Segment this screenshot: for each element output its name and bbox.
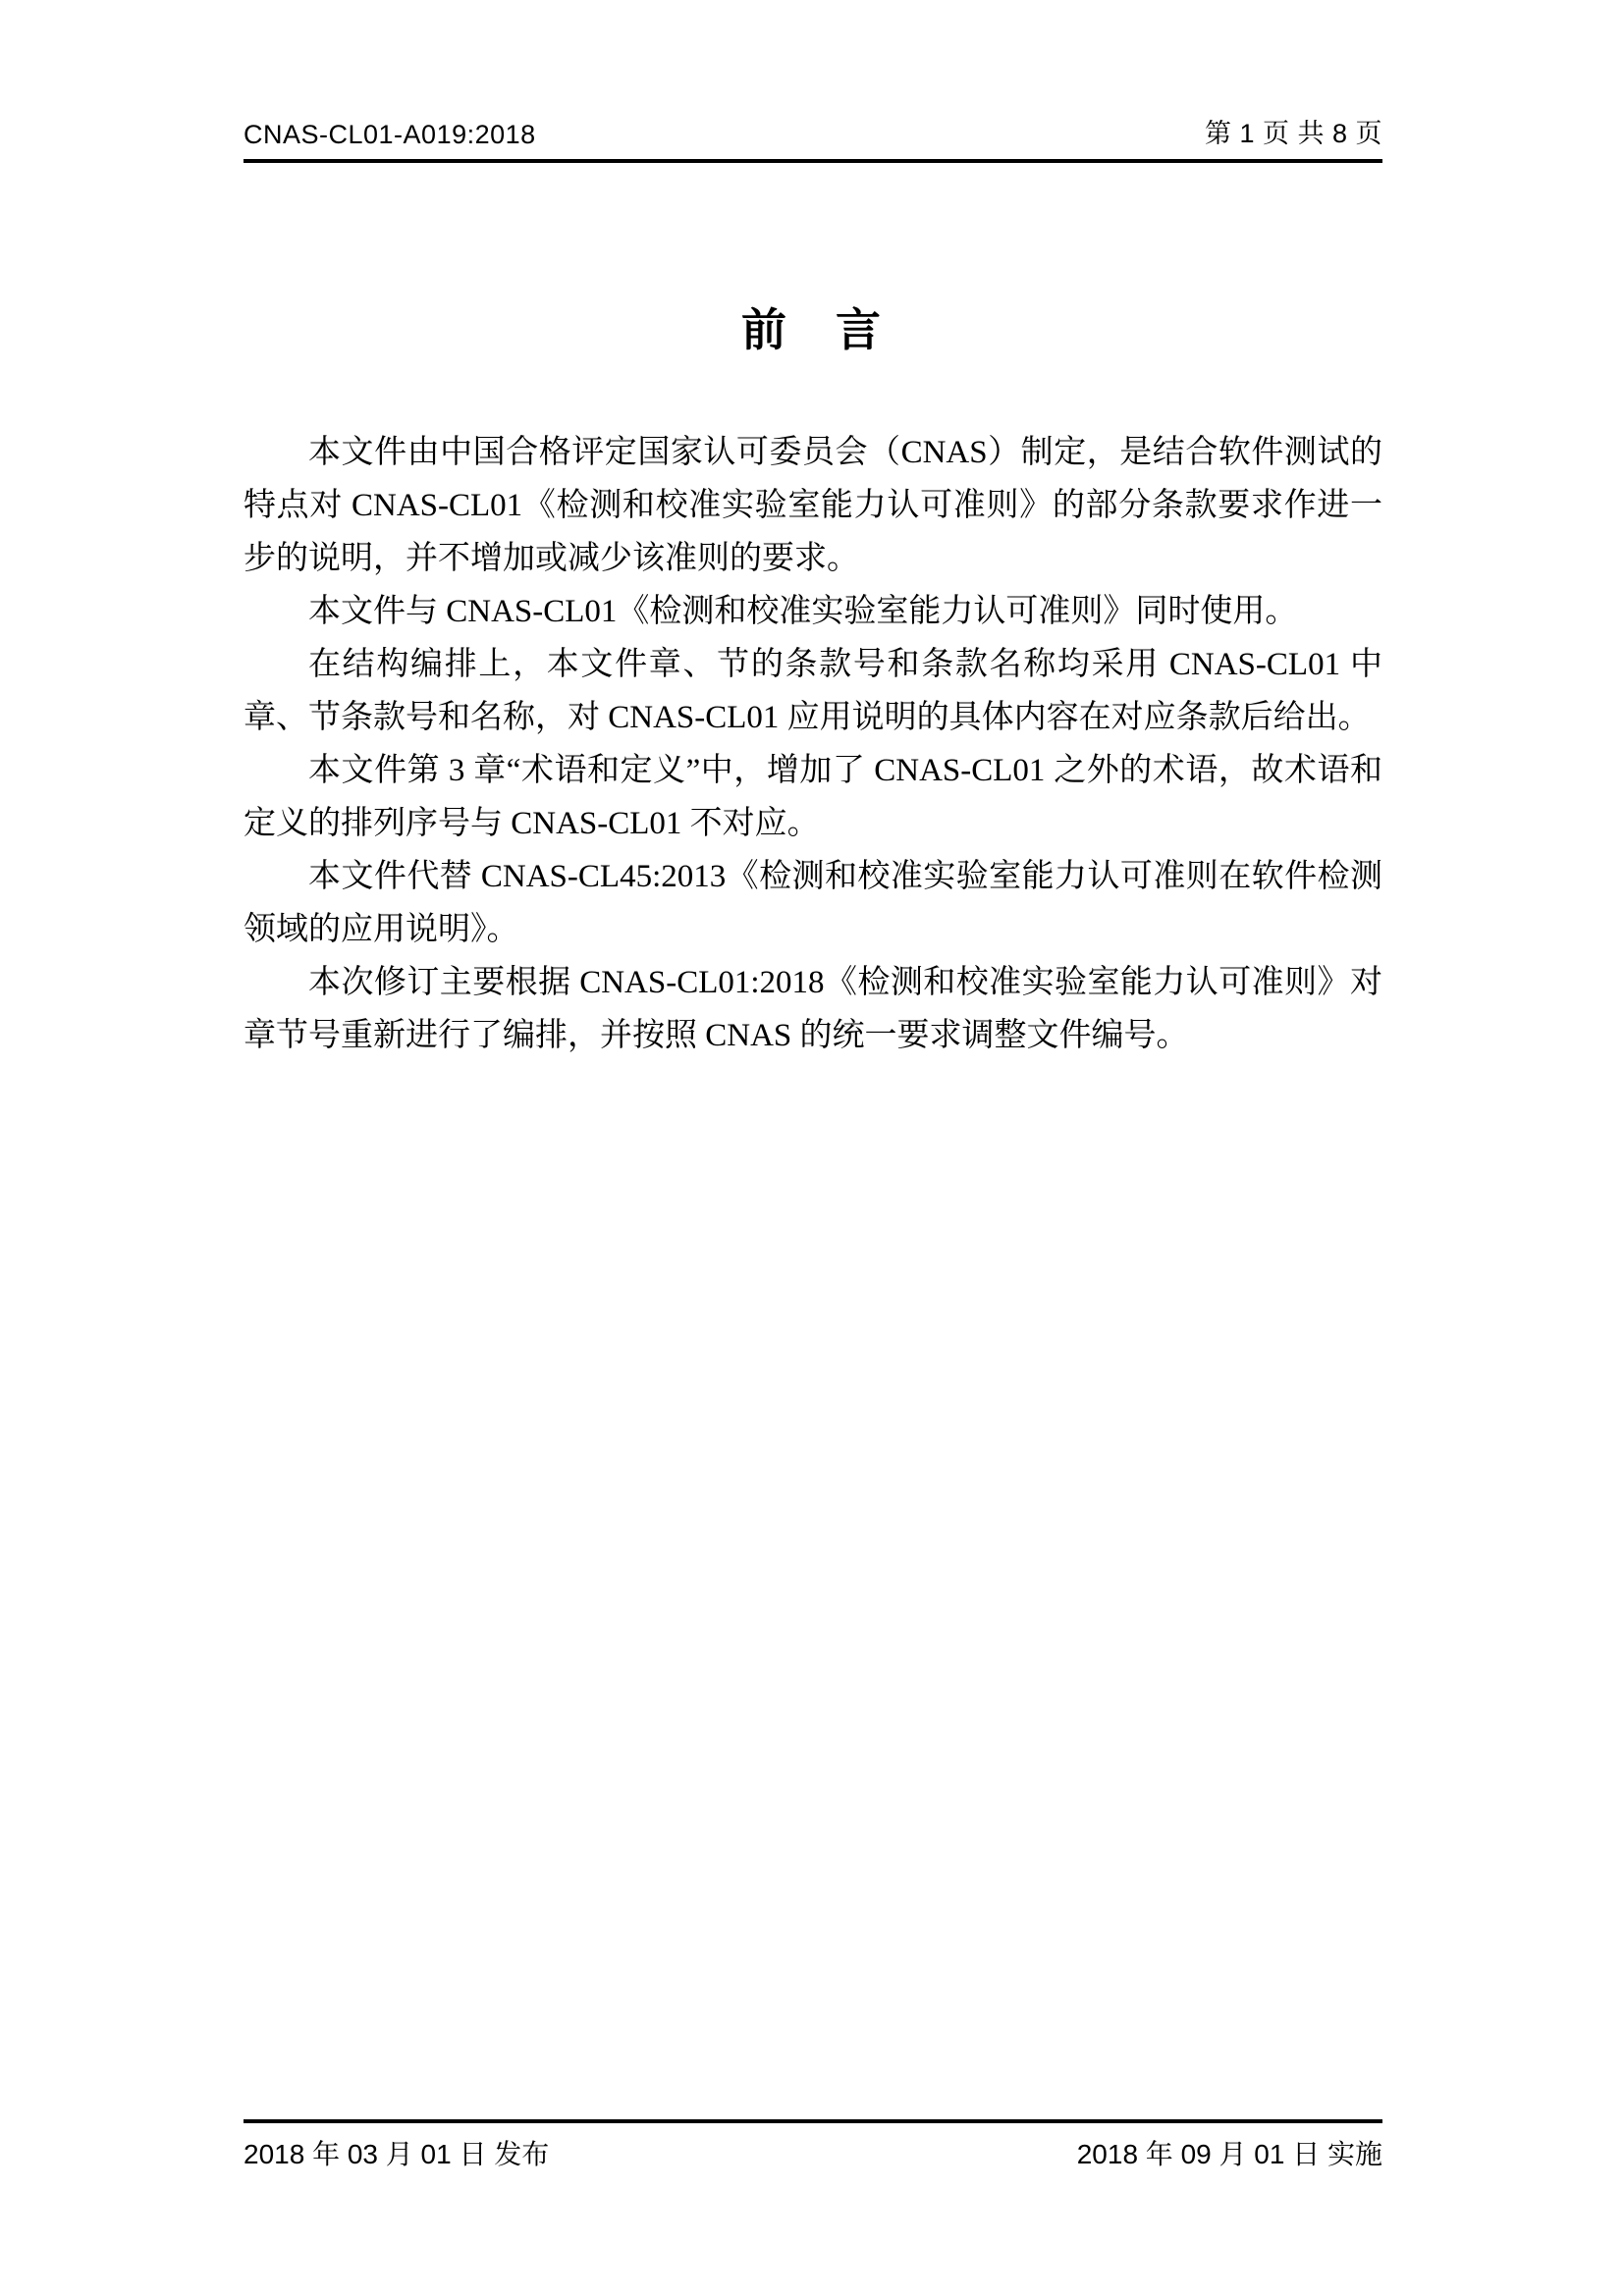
paragraph-3: 在结构编排上，本文件章、节的条款号和条款名称均采用 CNAS-CL01 中章、节…: [244, 638, 1382, 744]
page-header: CNAS-CL01-A019:2018 第 1 页 共 8 页: [244, 112, 1382, 163]
document-number: CNAS-CL01-A019:2018: [244, 120, 536, 150]
paragraph-1: 本文件由中国合格评定国家认可委员会（CNAS）制定，是结合软件测试的特点对 CN…: [244, 426, 1382, 585]
page-title: 前 言: [0, 294, 1624, 359]
document-page: CNAS-CL01-A019:2018 第 1 页 共 8 页 前 言 本文件由…: [0, 0, 1624, 2296]
document-body: 本文件由中国合格评定国家认可委员会（CNAS）制定，是结合软件测试的特点对 CN…: [244, 426, 1382, 1062]
page-count: 第 1 页 共 8 页: [1205, 112, 1382, 150]
implement-date: 2018 年 09 月 01 日 实施: [1077, 2133, 1382, 2172]
paragraph-5: 本文件代替 CNAS-CL45:2013《检测和校准实验室能力认可准则在软件检测…: [244, 850, 1382, 956]
paragraph-4: 本文件第 3 章“术语和定义”中，增加了 CNAS-CL01 之外的术语，故术语…: [244, 744, 1382, 850]
publish-date: 2018 年 03 月 01 日 发布: [244, 2133, 549, 2172]
page-footer: 2018 年 03 月 01 日 发布 2018 年 09 月 01 日 实施: [244, 2119, 1382, 2172]
paragraph-2: 本文件与 CNAS-CL01《检测和校准实验室能力认可准则》同时使用。: [244, 585, 1382, 638]
paragraph-6: 本次修订主要根据 CNAS-CL01:2018《检测和校准实验室能力认可准则》对…: [244, 956, 1382, 1062]
